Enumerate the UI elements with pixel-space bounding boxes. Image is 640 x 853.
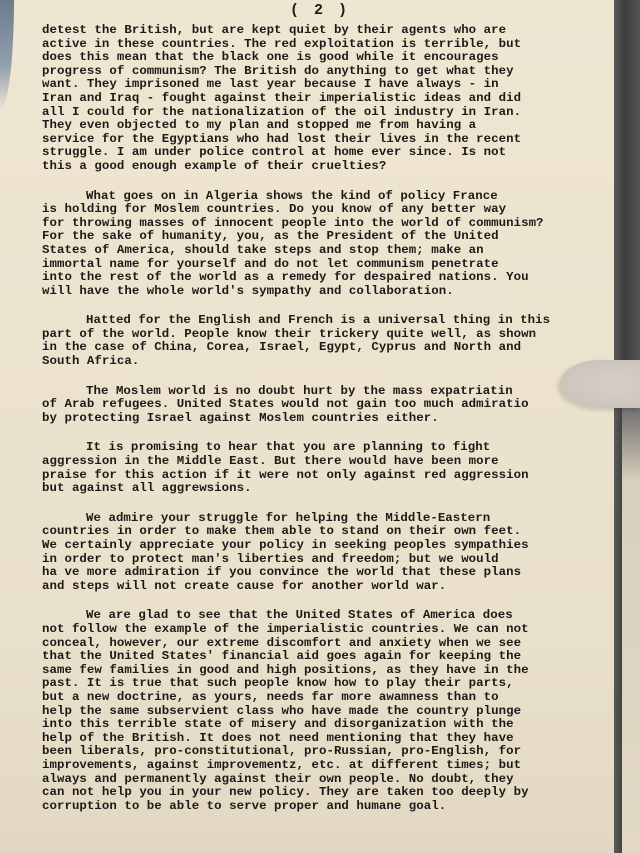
letter-body: detest the British, but are kept quiet b… <box>42 24 602 829</box>
thumb-obstruction <box>560 360 640 408</box>
text-line: The Moslem world is no doubt hurt by the… <box>42 385 602 399</box>
text-line: past. It is true that such people know h… <box>42 677 602 691</box>
text-line: that the United States' financial aid go… <box>42 650 602 664</box>
text-line: been liberals, pro-constitutional, pro-R… <box>42 745 602 759</box>
text-line: help of the British. It does not need me… <box>42 732 602 746</box>
text-line: does this mean that the black one is goo… <box>42 51 602 65</box>
text-line: want. They imprisoned me last year becau… <box>42 78 602 92</box>
paragraph: We are glad to see that the United State… <box>42 609 602 813</box>
text-line: all I could for the nationalization of t… <box>42 106 602 120</box>
text-line: not follow the example of the imperialis… <box>42 623 602 637</box>
text-line: conceal, however, our extreme discomfort… <box>42 637 602 651</box>
document-page: ( 2 ) detest the British, but are kept q… <box>0 0 640 853</box>
text-line: into the rest of the world as a remedy f… <box>42 271 602 285</box>
text-line: in the case of China, Corea, Israel, Egy… <box>42 341 602 355</box>
text-line: We admire your struggle for helping the … <box>42 512 602 526</box>
text-line: corruption to be able to serve proper an… <box>42 800 602 814</box>
text-line: South Africa. <box>42 355 602 369</box>
paragraph: detest the British, but are kept quiet b… <box>42 24 602 174</box>
text-line: and steps will not create cause for anot… <box>42 580 602 594</box>
text-line: help the same subservient class who have… <box>42 705 602 719</box>
text-line: Iran and Iraq - fought against their imp… <box>42 92 602 106</box>
text-line: always and permanently against their own… <box>42 773 602 787</box>
text-line: can not help you in your new policy. The… <box>42 786 602 800</box>
paragraph: Hatted for the English and French is a u… <box>42 314 602 368</box>
text-line: this a good enough example of their crue… <box>42 160 602 174</box>
text-line: in order to protect man's liberties and … <box>42 553 602 567</box>
text-line: for throwing masses of innocent people i… <box>42 217 602 231</box>
text-line: It is promising to hear that you are pla… <box>42 441 602 455</box>
text-line: struggle. I am under police control at h… <box>42 146 602 160</box>
text-line: by protecting Israel against Moslem coun… <box>42 412 602 426</box>
text-line: of Arab refugees. United States would no… <box>42 398 602 412</box>
text-line: countries in order to make them able to … <box>42 525 602 539</box>
text-line: is holding for Moslem countries. Do you … <box>42 203 602 217</box>
text-line: aggression in the Middle East. But there… <box>42 455 602 469</box>
text-line: They even objected to my plan and stoppe… <box>42 119 602 133</box>
text-line: immortal name for yourself and do not le… <box>42 258 602 272</box>
text-line: but a new doctrine, as yours, needs far … <box>42 691 602 705</box>
paragraph: The Moslem world is no doubt hurt by the… <box>42 385 602 426</box>
text-line: We are glad to see that the United State… <box>42 609 602 623</box>
right-edge-lower-shadow <box>622 400 640 853</box>
text-line: part of the world. People know their tri… <box>42 328 602 342</box>
text-line: What goes on in Algeria shows the kind o… <box>42 190 602 204</box>
text-line: We certainly appreciate your policy in s… <box>42 539 602 553</box>
text-line: but against all aggrewsions. <box>42 482 602 496</box>
paragraph: What goes on in Algeria shows the kind o… <box>42 190 602 299</box>
text-line: For the sake of humanity, you, as the Pr… <box>42 230 602 244</box>
text-line: active in these countries. The red explo… <box>42 38 602 52</box>
text-line: same few families in good and high posit… <box>42 664 602 678</box>
text-line: service for the Egyptians who had lost t… <box>42 133 602 147</box>
paragraph: It is promising to hear that you are pla… <box>42 441 602 495</box>
text-line: improvements, against improvementz, etc.… <box>42 759 602 773</box>
text-line: progress of communism? The British do an… <box>42 65 602 79</box>
text-line: into this terrible state of misery and d… <box>42 718 602 732</box>
text-line: detest the British, but are kept quiet b… <box>42 24 602 38</box>
page-number: ( 2 ) <box>0 2 640 19</box>
text-line: Hatted for the English and French is a u… <box>42 314 602 328</box>
text-line: praise for this action if it were not on… <box>42 469 602 483</box>
text-line: will have the whole world's sympathy and… <box>42 285 602 299</box>
text-line: ha ve more admiration if you convince th… <box>42 566 602 580</box>
paragraph: We admire your struggle for helping the … <box>42 512 602 594</box>
text-line: States of America, should take steps and… <box>42 244 602 258</box>
